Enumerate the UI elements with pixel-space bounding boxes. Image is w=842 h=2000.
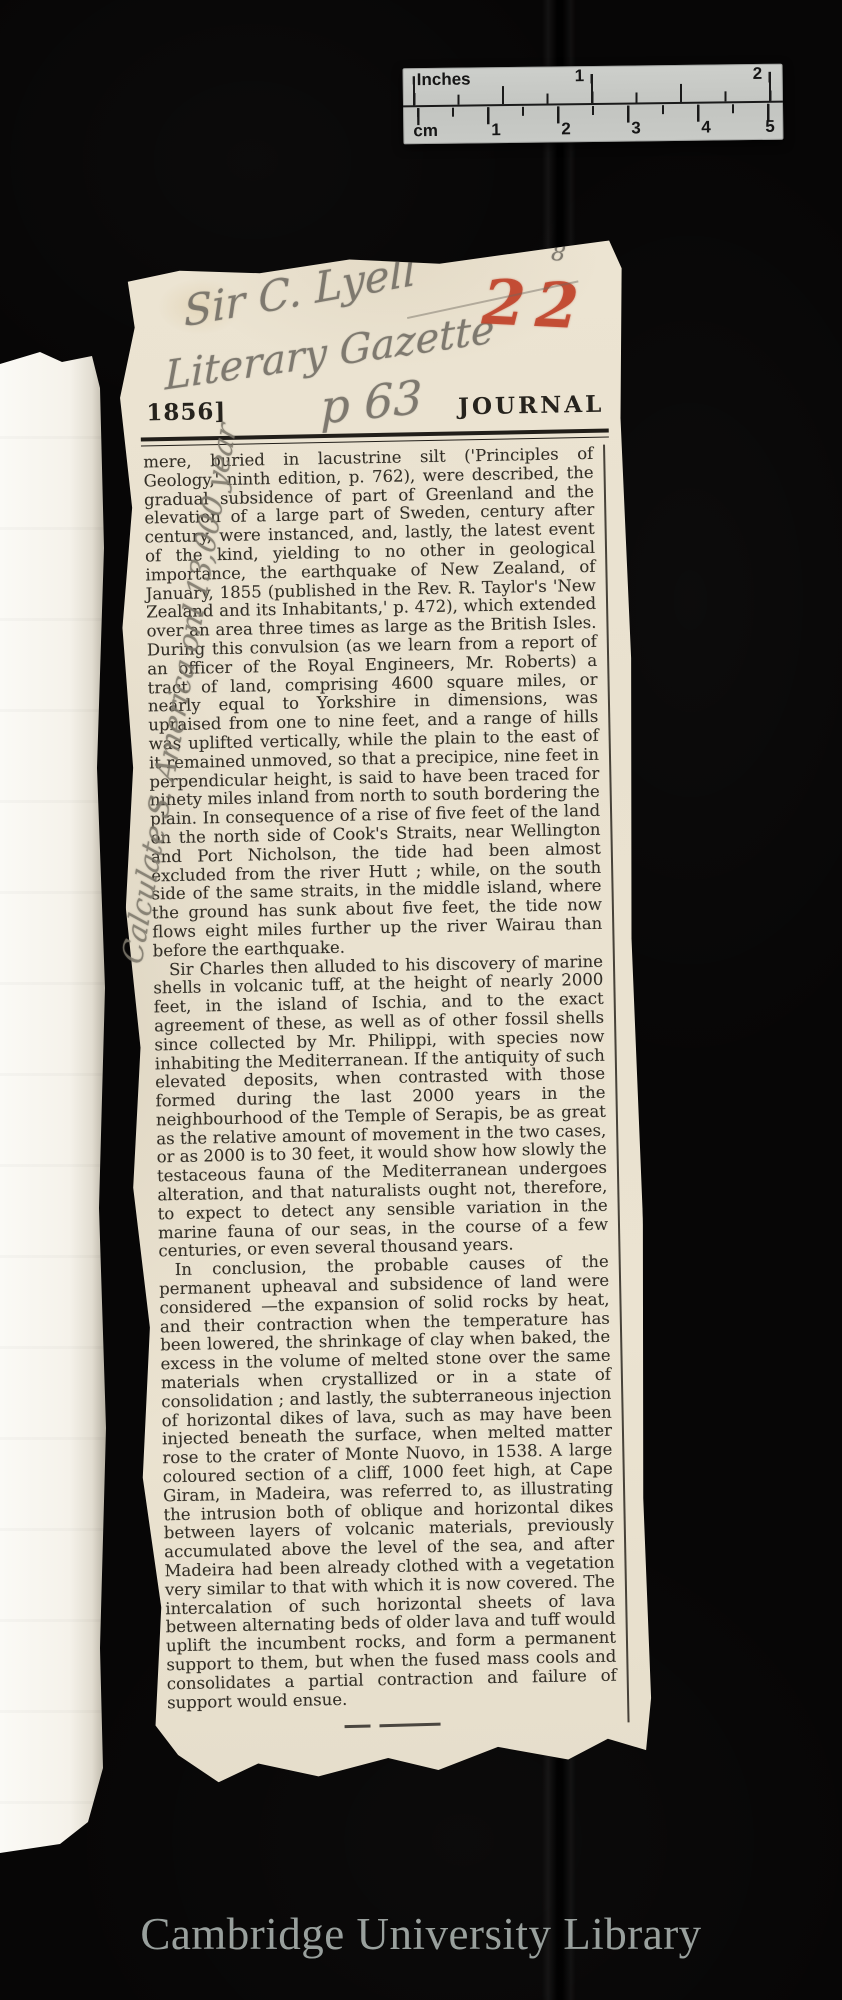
ruler-cm-2: 2 (561, 119, 571, 139)
ruler-cm-label: cm (413, 120, 438, 140)
ruler-inch-1: 1 (575, 66, 585, 86)
ruler-cm-4: 4 (701, 117, 711, 137)
newspaper-clipping: Sir C. Lyell Literary Gazette p 63 8 22 … (109, 238, 655, 1800)
red-crayon-number: 22 (481, 265, 591, 343)
ruler-cm-3: 3 (631, 118, 641, 138)
ruler-cm-1: 1 (491, 120, 501, 140)
measurement-ruler: Inches 1 2 cm 1 2 3 4 5 (403, 64, 784, 145)
paragraph-2: Sir Charles then alluded to his discover… (153, 952, 609, 1261)
ruler-cm-scale: cm 1 2 3 4 5 (403, 103, 783, 142)
cm-whole-ticks (417, 103, 781, 124)
library-caption: Cambridge University Library (0, 1908, 842, 1960)
ruler-inches-label: Inches (417, 69, 471, 90)
ruler-cm-5: 5 (765, 116, 775, 136)
article-text-column: mere, buried in lacustrine silt ('Princi… (143, 445, 629, 1732)
ruler-inch-scale: Inches 1 2 (403, 64, 783, 108)
ruler-inch-2: 2 (753, 64, 763, 84)
photograph-background: Inches 1 2 cm 1 2 3 4 5 Sir C. Lyell Lit… (0, 0, 842, 2000)
book-page-edge (0, 348, 112, 1863)
journal-header: JOURNAL (458, 391, 605, 421)
end-of-article-rule (345, 1723, 441, 1729)
paragraph-3: In conclusion, the probable causes of th… (159, 1253, 618, 1713)
